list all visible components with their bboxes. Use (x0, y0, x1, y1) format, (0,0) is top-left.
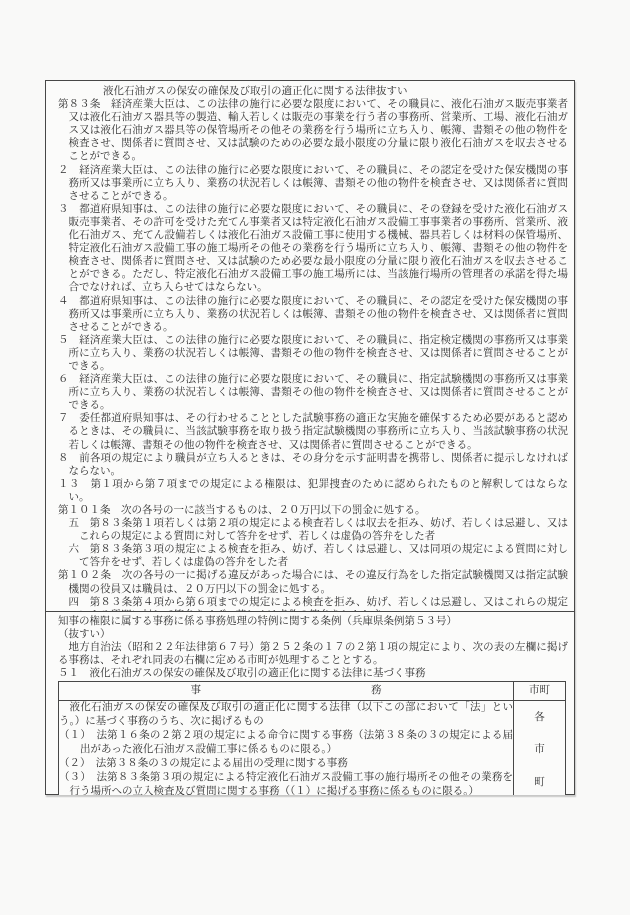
table-header-affairs-char-1: 事 (191, 682, 202, 700)
law-paragraph-2: ２ 経済産業大臣は、この法律の施行に必要な限度において、その職員に、その認定を受… (58, 164, 568, 203)
law-title: 液化石油ガスの保安の確保及び取引の適正化に関する法律抜すい (58, 85, 568, 98)
law-paragraph-8: ８ 前各項の規定により職員が立ち入るときは、その身分を示す証明書を携帯し、関係者… (58, 452, 568, 478)
ordinance-note: （抜すい） (58, 628, 568, 641)
law-paragraph-13: １３ 第１項から第７項までの規定による権限は、犯罪捜査のために認められたものと解… (58, 478, 568, 504)
table-header-affairs: 事 務 (59, 682, 514, 701)
municipality-char-3: 町 (534, 777, 545, 789)
delegation-table-header-row: 事 務 市町 (59, 682, 566, 701)
municipality-char-2: 市 (534, 744, 545, 756)
document-frame: 液化石油ガスの保安の確保及び取引の適正化に関する法律抜すい 第８３条 経済産業大… (45, 80, 575, 795)
law-paragraph-4: ４ 都道府県知事は、この法律の施行に必要な限度において、その職員に、その認定を受… (58, 295, 568, 334)
table-header-municipality: 市町 (514, 682, 566, 701)
affairs-row-2: （２） 法第３８条の３の規定による届出の受理に関する事務 (59, 757, 513, 771)
scanned-document-page: 液化石油ガスの保安の確保及び取引の適正化に関する法律抜すい 第８３条 経済産業大… (0, 0, 630, 915)
table-cell-municipality: 各 市 町 (514, 701, 566, 795)
law-paragraph-article101: 第１０１条 次の各号の一に該当するものは、２０万円以下の罰金に処する。 (58, 504, 568, 517)
affairs-row-3: （３） 法第８３条第３項の規定による特定液化石油ガス設備工事の施行場所その他その… (59, 771, 513, 795)
ordinance-section: 知事の権限に属する事務に係る事務処理の特例に関する条例（兵庫県条例第５３号） （… (46, 612, 574, 795)
law-paragraph-article102: 第１０２条 次の各号の一に掲げる違反があった場合には、その違反行為をした指定試験… (58, 569, 568, 595)
law-paragraph-6: ６ 経済産業大臣は、この法律の施行に必要な限度において、その職員に、指定試験機関… (58, 373, 568, 412)
ordinance-item-heading: ５１ 液化石油ガスの保安の確保及び取引の適正化に関する法律に基づく事務 (58, 667, 568, 680)
municipality-char-1: 各 (534, 712, 545, 724)
law-item-6: 六 第８３条第３項の規定による検査を拒み、妨げ、若しくは忌避し、又は同項の規定に… (58, 543, 568, 569)
law-paragraph-article83: 第８３条 経済産業大臣は、この法律の施行に必要な限度において、その職員に、液化石… (58, 98, 568, 163)
affairs-row-1: （１） 法第１６条の２第２項の規定による命令に関する事務（法第３８条の３の規定に… (59, 729, 513, 757)
law-extract-section: 液化石油ガスの保安の確保及び取引の適正化に関する法律抜すい 第８３条 経済産業大… (46, 81, 574, 612)
ordinance-title: 知事の権限に属する事務に係る事務処理の特例に関する条例（兵庫県条例第５３号） (58, 615, 568, 628)
ordinance-intro: 地方自治法（昭和２２年法律第６７号）第２５２条の１７の２第１項の規定により、次の… (58, 641, 568, 667)
affairs-row-intro: 液化石油ガスの保安の確保及び取引の適正化に関する法律（以下この部において「法」と… (59, 701, 513, 729)
law-paragraph-5: ５ 経済産業大臣は、この法律の施行に必要な限度において、その職員に、指定検定機関… (58, 334, 568, 373)
table-cell-affairs: 液化石油ガスの保安の確保及び取引の適正化に関する法律（以下この部において「法」と… (59, 701, 514, 795)
law-item-4: 四 第８３条第４項から第６項までの規定による検査を拒み、妨げ、若しくは忌避し、又… (58, 596, 568, 612)
delegation-table-body-row: 液化石油ガスの保安の確保及び取引の適正化に関する法律（以下この部において「法」と… (59, 701, 566, 795)
law-item-5: 五 第８３条第１項若しくは第２項の規定による検査若しくは収去を拒み、妨げ、若しく… (58, 517, 568, 543)
delegation-table: 事 務 市町 液化石油ガスの保安の確保及び取引の適正化に関する法律（以下この部に… (58, 681, 566, 795)
law-paragraph-7: ７ 委任都道府県知事は、その行わせることとした試験事務の適正な実施を確保するため… (58, 412, 568, 451)
table-header-affairs-char-2: 務 (371, 682, 382, 700)
law-paragraph-3: ３ 都道府県知事は、この法律の施行に必要な限度において、その職員に、その登録を受… (58, 203, 568, 295)
